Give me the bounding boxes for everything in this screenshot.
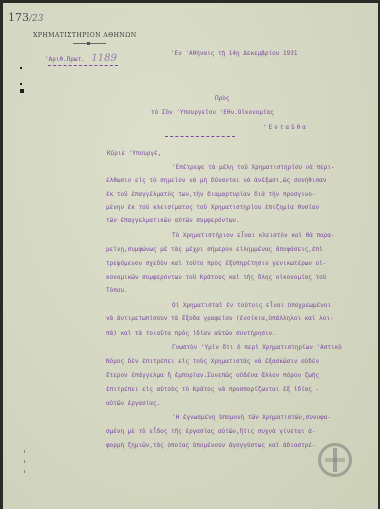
letter-line: μείνῃ,συμφώνως μὲ τὰς μέχρι σήμερον εἰλη…: [106, 246, 323, 253]
letter-line: Τόπου.: [106, 287, 128, 294]
location-underline: [165, 136, 235, 137]
letter-line: μένην ἐκ τοῦ κλεισίματος τοῦ Χρηματιστηρ…: [106, 204, 319, 211]
letter-line: έλθωσιν εἰς τὸ σημεῖον νὰ μὴ δύνανται νὰ…: [106, 177, 326, 184]
address-to: Πρὸς: [215, 95, 229, 102]
address-location: 'Ενταῦθα: [263, 124, 308, 131]
folio-number: 173/23: [8, 11, 43, 24]
letter-line: ἐκ τοῦ ἐπαγγέλματός των,τὴν διαμαρτυρίαν…: [106, 191, 316, 198]
letter-line: Νόμος δὲν ἐπιτρέπει εἰς τοὺς Χρηματιστὰς…: [106, 358, 319, 365]
letter-line: κονομικῶν συμφερόντων τοῦ Κράτους καὶ τῆ…: [106, 274, 326, 281]
letter-line: Τὸ Χρηματιστήριον εἶναι κλειστὸν καὶ θὰ …: [172, 232, 335, 239]
letter-line: ἕτερον ἐπάγγελμα ἢ ἐμπορίαν.Συνεπῶς οὐδέ…: [106, 372, 319, 379]
letter-line: τῶν ἐπαγγελματικῶν αὐτῶν συμφερόντων.: [106, 217, 240, 224]
margin-marks: [24, 450, 25, 480]
protocol-number: 'Αριθ.Πρωτ. 1189: [45, 53, 117, 64]
hole-mark: [20, 67, 22, 69]
archive-seal-icon: [318, 443, 352, 477]
letterhead-organization: ΧΡΗΜΑΤΙΣΤΗΡΙΟΝ ΑΘΗΝΩΝ: [33, 32, 137, 39]
letterhead-rule: [73, 43, 106, 44]
hole-mark: [20, 89, 24, 93]
letter-line: 'Η ἐγνωσμένη ὑπομονὴ τῶν Χρηματιστῶν,συν…: [172, 414, 331, 421]
letter-line: 'Επέτρεψε τὰ μέλη τοῦ Χρηματιστηρίου νὰ …: [172, 164, 335, 171]
letter-line: φορμὴ ζημιῶν,τὰς ὁποίας ὑπομένουν ἀγογγύ…: [106, 442, 316, 449]
letter-line: σμένη μὲ τὸ εἶδος τῆς ἐργασίας αὐτῶν,ἥτι…: [106, 428, 316, 435]
letter-line: αὐτῶν ἐργασίας.: [106, 400, 160, 407]
letter-line: νὰ ἀντιμετωπίσουν τὰ ἔξοδα γραφείου (ἐνο…: [106, 315, 334, 322]
folio-sub: /23: [29, 14, 43, 24]
salutation: Κύριε 'Υπουργέ,: [107, 150, 161, 157]
letter-line: πὰ) καὶ τὰ τοιαῦτα πρὸς ἰδίαν αὐτῶν συντ…: [106, 330, 276, 337]
protocol-underline: [48, 65, 118, 66]
document-page: 173/23 ΧΡΗΜΑΤΙΣΤΗΡΙΟΝ ΑΘΗΝΩΝ 'Αριθ.Πρωτ.…: [3, 3, 378, 509]
letter-line: Οἱ Χρηματισταὶ ἐν τούτοις εἶναι ὑποχρεωμ…: [172, 302, 331, 309]
letter-line: Γνωστὸν 'Υμῖν ὅτι ὁ περὶ Χρηματιστηρίων …: [172, 344, 342, 351]
folio-main: 173: [8, 11, 29, 24]
letter-line: τρεψόμενον σχεδὸν καὶ τοῦτο πρὸς ἐξυπηρέ…: [106, 260, 326, 267]
hole-mark: [20, 83, 22, 85]
protocol-handwritten-number: 1189: [91, 53, 116, 64]
address-recipient: τὸ Σὸν 'Υπουργεῖον 'Εθν.Οἰκονομίας: [151, 109, 274, 116]
protocol-label: 'Αριθ.Πρωτ.: [45, 56, 85, 63]
date-line: 'Εν 'Αθήναις τῇ 14ῃ Δεκεμβρίου 1931: [171, 50, 297, 57]
letter-line: ἐπιτρέπει εἰς αὐτοὺς τὸ Κράτος νὰ προσπο…: [106, 386, 319, 393]
